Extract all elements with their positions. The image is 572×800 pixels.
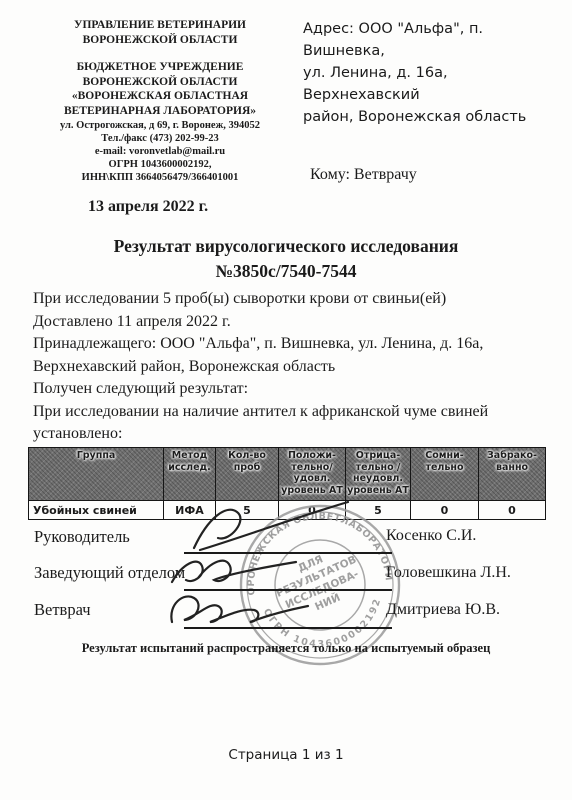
page-number: Страница 1 из 1	[0, 747, 572, 763]
recipient-to: Кому: Ветврачу	[310, 166, 417, 184]
table-header-positive: Положи- тельно/ удовл. уровень АТ	[279, 448, 346, 501]
signature-role-vet: Ветврач	[34, 600, 91, 620]
signature-name-vet: Дмитриева Ю.В.	[386, 601, 500, 619]
scribble-stroke	[172, 561, 296, 582]
table-header-method: Метод исслед.	[164, 448, 216, 501]
letterhead: УПРАВЛЕНИЕ ВЕТЕРИНАРИИ ВОРОНЕЖСКОЙ ОБЛАС…	[30, 18, 290, 184]
table-cell-doubtful: 0	[411, 501, 479, 520]
table-cell-group: Убойных свиней	[29, 501, 164, 520]
letterhead-organization: БЮДЖЕТНОЕ УЧРЕЖДЕНИЕ ВОРОНЕЖСКОЙ ОБЛАСТИ…	[30, 60, 290, 118]
scribble-stroke	[171, 596, 308, 622]
body-paragraph-delivered: Доставлено 11 апреля 2022 г.	[33, 311, 545, 334]
document-date: 13 апреля 2022 г.	[88, 198, 208, 216]
document-body: При исследовании 5 проб(ы) сыворотки кро…	[33, 288, 545, 446]
document-page: УПРАВЛЕНИЕ ВЕТЕРИНАРИИ ВОРОНЕЖСКОЙ ОБЛАС…	[0, 0, 572, 800]
body-paragraph-samples: При исследовании 5 проб(ы) сыворотки кро…	[33, 288, 545, 311]
signature-role-director: Руководитель	[34, 527, 130, 547]
table-header-doubtful: Сомни- тельно	[411, 448, 479, 501]
body-paragraph-owner: Принадлежащего: ООО "Альфа", п. Вишневка…	[33, 333, 545, 378]
letterhead-department: УПРАВЛЕНИЕ ВЕТЕРИНАРИИ ВОРОНЕЖСКОЙ ОБЛАС…	[30, 18, 290, 47]
signature-name-head-of-department: Головешкина Л.Н.	[386, 564, 511, 582]
table-header-group: Группа	[29, 448, 164, 501]
scribble-stroke	[194, 502, 348, 550]
table-cell-rejected: 0	[479, 501, 546, 520]
disclaimer-footnote: Результат испытаний распространяется тол…	[0, 641, 572, 656]
title-number: №3850с/7540-7544	[0, 259, 572, 284]
table-header-rejected: Забрако- ванно	[479, 448, 546, 501]
letterhead-contacts: ул. Острогожская, д 69, г. Воронеж, 3940…	[30, 119, 290, 184]
signature-scribble-vet	[166, 584, 316, 634]
table-header-samples-count: Кол-во проб	[216, 448, 279, 501]
title-line: Результат вирусологического исследования	[0, 234, 572, 259]
signature-name-director: Косенко С.И.	[386, 527, 476, 545]
recipient-address: Адрес: ООО "Альфа", п. Вишневка, ул. Лен…	[303, 18, 561, 128]
body-paragraph-result-intro: Получен следующий результат:	[33, 378, 545, 401]
table-header-negative: Отрица- тельно / неудовл. уровень АТ	[346, 448, 411, 501]
document-title: Результат вирусологического исследования…	[0, 234, 572, 284]
body-paragraph-test: При исследовании на наличие антител к аф…	[33, 401, 545, 446]
signature-role-head-of-department: Заведующий отделом	[34, 563, 185, 583]
table-header-row: Группа Метод исслед. Кол-во проб Положи-…	[29, 448, 546, 501]
